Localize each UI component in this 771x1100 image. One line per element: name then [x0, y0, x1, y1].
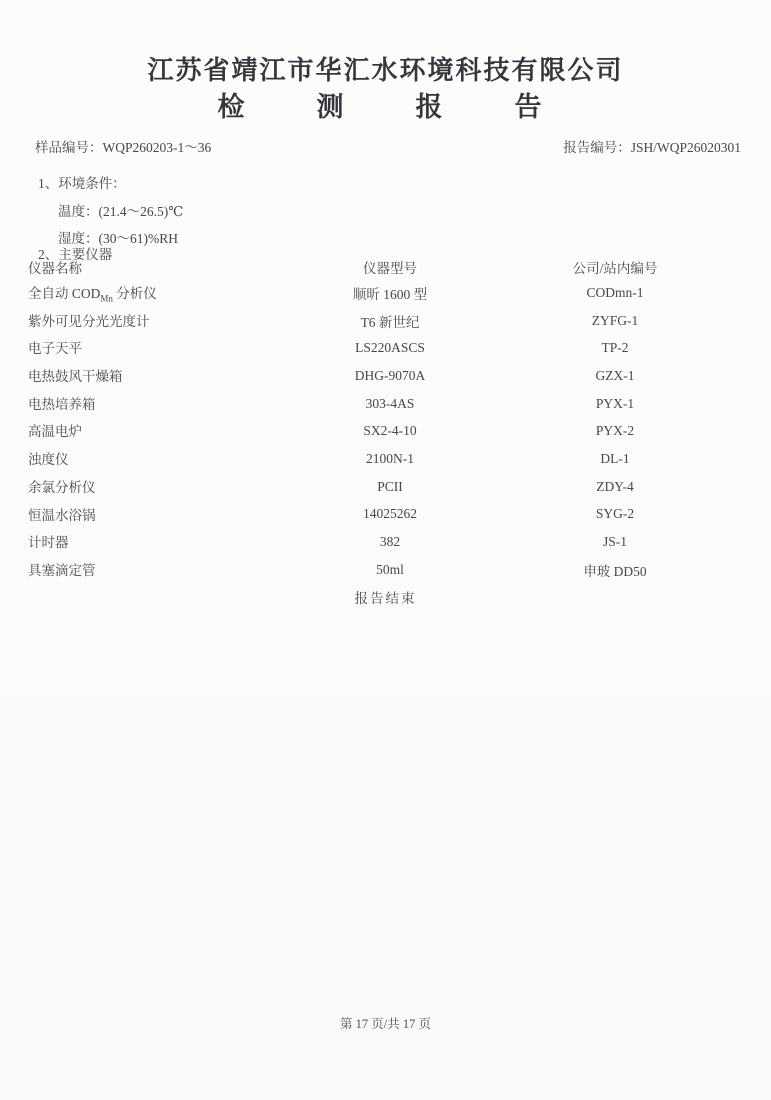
header-instrument-code: 公司/站内编号 — [512, 257, 718, 277]
temperature-line: 温度：(21.4～26.5)℃ — [58, 200, 183, 220]
instrument-name: 计时器 — [28, 535, 69, 550]
instrument-name-cell: 电热鼓风干燥箱 — [28, 365, 268, 387]
instrument-name: 全自动 COD — [28, 286, 100, 301]
instrument-name-cell: 浊度仪 — [28, 448, 268, 470]
instrument-name-cell: 全自动 CODMn 分析仪 — [28, 282, 268, 304]
report-title: 检测报告 — [0, 85, 771, 124]
table-header-row: 仪器名称 仪器型号 公司/站内编号 — [28, 255, 718, 279]
instrument-model-cell: SX2-4-10 — [268, 423, 512, 439]
page-number: 第 17 页/共 17 页 — [0, 1014, 771, 1032]
instrument-name-rest: 分析仪 — [113, 286, 157, 301]
instrument-name: 浊度仪 — [28, 452, 69, 467]
instrument-model-cell: PCII — [268, 479, 512, 495]
sample-number-label: 样品编号： — [35, 140, 103, 155]
instrument-name: 具塞滴定管 — [28, 563, 96, 578]
instrument-code-cell: 申玻 DD50 — [512, 560, 718, 580]
instrument-code-cell: SYG-2 — [512, 506, 718, 522]
instrument-name-cell: 具塞滴定管 — [28, 559, 268, 581]
report-number: 报告编号：JSH/WQP26020301 — [563, 136, 741, 156]
instrument-name-cell: 高温电炉 — [28, 420, 268, 442]
instrument-model-cell: 303-4AS — [268, 396, 512, 412]
instrument-code-cell: ZYFG-1 — [512, 313, 718, 329]
instrument-name-cell: 电热培养箱 — [28, 393, 268, 415]
table-row: 电热鼓风干燥箱 DHG-9070A GZX-1 — [28, 362, 718, 390]
instrument-model-cell: 2100N-1 — [268, 451, 512, 467]
table-row: 全自动 CODMn 分析仪 顺昕 1600 型 CODmn-1 — [28, 279, 718, 307]
company-title: 江苏省靖江市华汇水环境科技有限公司 — [0, 50, 771, 87]
instruments-table: 仪器名称 仪器型号 公司/站内编号 全自动 CODMn 分析仪 顺昕 1600 … — [28, 255, 718, 584]
instrument-code-cell: PYX-1 — [512, 396, 718, 412]
header-instrument-model: 仪器型号 — [268, 257, 512, 277]
instrument-name: 恒温水浴锅 — [28, 508, 96, 523]
instrument-name-cell: 电子天平 — [28, 337, 268, 359]
report-number-label: 报告编号： — [563, 140, 631, 155]
scanned-report-page: 江苏省靖江市华汇水环境科技有限公司 检测报告 样品编号：WQP260203-1～… — [0, 0, 771, 1100]
instrument-name-subscript: Mn — [100, 294, 113, 304]
instrument-name-cell: 计时器 — [28, 531, 268, 553]
instrument-name: 电热培养箱 — [28, 397, 96, 412]
instrument-code-cell: GZX-1 — [512, 368, 718, 384]
instrument-model-cell: T6 新世纪 — [268, 311, 512, 331]
table-row: 电热培养箱 303-4AS PYX-1 — [28, 390, 718, 418]
table-row: 紫外可见分光光度计 T6 新世纪 ZYFG-1 — [28, 307, 718, 335]
instrument-model-cell: DHG-9070A — [268, 368, 512, 384]
instrument-name: 高温电炉 — [28, 424, 82, 439]
instrument-code-cell: TP-2 — [512, 340, 718, 356]
table-row: 高温电炉 SX2-4-10 PYX-2 — [28, 417, 718, 445]
instrument-code-cell: ZDY-4 — [512, 479, 718, 495]
instrument-name: 电子天平 — [28, 341, 82, 356]
sample-number-value: WQP260203-1～36 — [103, 140, 212, 155]
instrument-name: 紫外可见分光光度计 — [28, 314, 150, 329]
instrument-code-cell: DL-1 — [512, 451, 718, 467]
instrument-code-cell: CODmn-1 — [512, 285, 718, 301]
table-row: 余氯分析仪 PCII ZDY-4 — [28, 473, 718, 501]
header-instrument-name: 仪器名称 — [28, 257, 268, 277]
instrument-model-cell: 顺昕 1600 型 — [268, 283, 512, 303]
instrument-code-cell: PYX-2 — [512, 423, 718, 439]
environment-section-title: 1、环境条件： — [38, 172, 126, 192]
instrument-model-cell: 50ml — [268, 562, 512, 578]
instrument-name-cell: 紫外可见分光光度计 — [28, 310, 268, 332]
meta-row: 样品编号：WQP260203-1～36 报告编号：JSH/WQP26020301 — [0, 136, 771, 156]
instrument-model-cell: 382 — [268, 534, 512, 550]
sample-number: 样品编号：WQP260203-1～36 — [35, 136, 211, 156]
instrument-name-cell: 恒温水浴锅 — [28, 504, 268, 526]
instrument-model-cell: 14025262 — [268, 506, 512, 522]
instrument-name: 余氯分析仪 — [28, 480, 96, 495]
instrument-name: 电热鼓风干燥箱 — [28, 369, 123, 384]
table-row: 具塞滴定管 50ml 申玻 DD50 — [28, 556, 718, 584]
table-row: 浊度仪 2100N-1 DL-1 — [28, 445, 718, 473]
table-row: 恒温水浴锅 14025262 SYG-2 — [28, 501, 718, 529]
instrument-name-cell: 余氯分析仪 — [28, 476, 268, 498]
table-row: 电子天平 LS220ASCS TP-2 — [28, 334, 718, 362]
instrument-code-cell: JS-1 — [512, 534, 718, 550]
report-number-value: JSH/WQP26020301 — [631, 140, 741, 155]
instrument-model-cell: LS220ASCS — [268, 340, 512, 356]
report-end-marker: 报告结束 — [0, 587, 771, 607]
table-row: 计时器 382 JS-1 — [28, 528, 718, 556]
